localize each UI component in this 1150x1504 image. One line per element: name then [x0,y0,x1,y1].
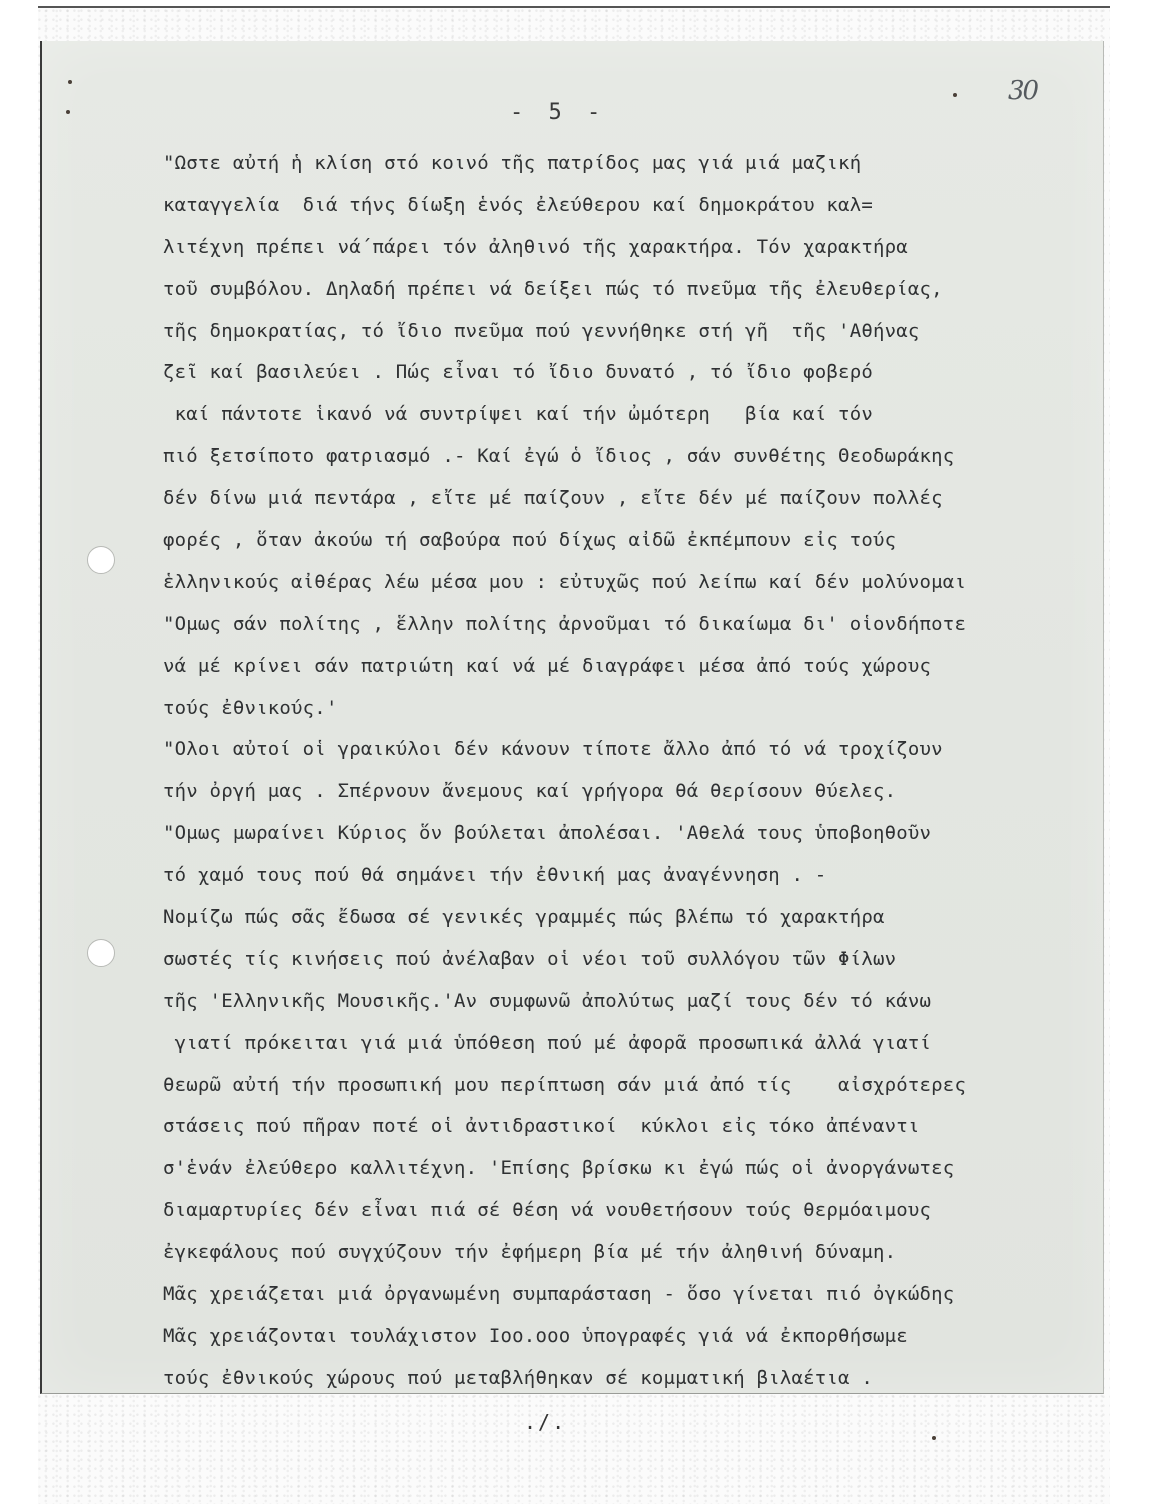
text-line: τῆς 'Ελληνικῆς Μουσικῆς.'Αν συμφωνῶ ἀπολ… [163,981,1043,1023]
text-line: σ'ἑνάν ἐλεύθερο καλλιτέχνη. 'Επίσης βρίσ… [163,1148,1043,1190]
text-line: γιατί πρόκειται γιά μιά ὑπόθεση πού μέ ἀ… [163,1023,1043,1065]
body-text: "Ωστε αὐτή ἡ κλίση στό κοινό τῆς πατρίδο… [163,143,1043,1400]
continuation-mark: ./. [524,1410,566,1434]
ink-speck [66,110,70,114]
text-line: λιτέχνη πρέπει νά΄πάρει τόν ἀληθινό τῆς … [163,227,1043,269]
text-line: τοῦ συμβόλου. Δηλαδή πρέπει νά δείξει πώ… [163,269,1043,311]
text-line: διαμαρτυρίες δέν εἶναι πιά σέ θέση νά νο… [163,1190,1043,1232]
text-line: ἑλληνικούς αἰθέρας λέω μέσα μου : εὐτυχῶ… [163,562,1043,604]
handwritten-folio-number: 30 [1008,76,1037,106]
text-line: ζεῖ καί βασιλεύει . Πώς εἶναι τό ἴδιο δυ… [163,352,1043,394]
text-line: καί πάντοτε ἱκανό νά συντρίψει καί τήν ὠ… [163,394,1043,436]
text-line: Μᾶς χρειάζεται μιά ὀργανωμένη συμπαράστα… [163,1274,1043,1316]
text-line: "Ολοι αὐτοί οἱ γραικύλοι δέν κάνουν τίπο… [163,729,1043,771]
text-line: καταγγελία διά τήνς δίωξη ἑνός ἐλεύθερου… [163,185,1043,227]
text-line: Νομίζω πώς σᾶς ἔδωσα σέ γενικές γραμμές … [163,897,1043,939]
text-line: πιό ξετσίποτο φατριασμό .- Καί ἐγώ ὁ ἴδι… [163,436,1043,478]
text-line: τό χαμό τους πού θά σημάνει τήν ἐθνική μ… [163,855,1043,897]
ink-speck [68,80,72,84]
text-line: Μᾶς χρειάζονται τουλάχιστον Ioo.ooo ὑπογ… [163,1316,1043,1358]
text-line: τούς ἐθνικούς.' [163,688,1043,730]
text-line: σωστές τίς κινήσεις πού ἀνέλαβαν οἱ νέοι… [163,939,1043,981]
page-number: - 5 - [510,100,606,125]
text-line: τῆς δημοκρατίας, τό ἴδιο πνεῦμα πού γενν… [163,311,1043,353]
text-line: φορές , ὅταν ἀκούω τή σαβούρα πού δίχως … [163,520,1043,562]
text-line: τήν ὀργή μας . Σπέρνουν ἄνεμους καί γρήγ… [163,771,1043,813]
text-line: τούς ἐθνικούς χώρους πού μεταβλήθηκαν σέ… [163,1358,1043,1400]
punch-hole-lower [87,939,115,967]
text-line: "Ομως σάν πολίτης , ἕλλην πολίτης ἀρνοῦμ… [163,604,1043,646]
text-line: νά μέ κρίνει σάν πατριώτη καί νά μέ διαγ… [163,646,1043,688]
ink-speck [932,1436,936,1440]
text-line: "Ομως μωραίνει Κύριος ὅν βούλεται ἀπολέσ… [163,813,1043,855]
ink-speck [953,93,957,97]
text-line: δέν δίνω μιά πεντάρα , εἴτε μέ παίζουν ,… [163,478,1043,520]
text-line: στάσεις πού πῆραν ποτέ οἱ ἀντιδραστικοί … [163,1106,1043,1148]
text-line: θεωρῶ αὐτή τήν προσωπική μου περίπτωση σ… [163,1065,1043,1107]
text-line: "Ωστε αὐτή ἡ κλίση στό κοινό τῆς πατρίδο… [163,143,1043,185]
punch-hole-upper [87,546,115,574]
text-line: ἐγκεφάλους πού συγχύζουν τήν ἐφήμερη βία… [163,1232,1043,1274]
